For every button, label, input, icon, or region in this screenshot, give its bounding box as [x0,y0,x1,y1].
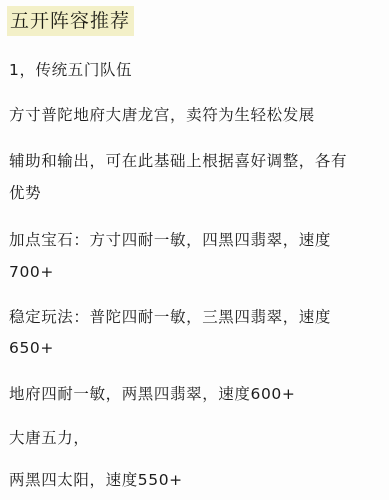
paragraph-fangcun-line-1: 加点宝石：方寸四耐一敏，四黑四翡翠，速度 [9,230,331,250]
paragraph-datang-gems: 两黑四太阳，速度550+ [9,470,183,490]
paragraph-difu: 地府四耐一敏，两黑四翡翠，速度600+ [9,384,295,404]
paragraph-putuo-line-1: 稳定玩法：普陀四耐一敏，三黑四翡翠，速度 [9,307,331,327]
paragraph-schools: 方寸普陀地府大唐龙宫，卖符为生轻松发展 [9,105,315,125]
article-page: 五开阵容推荐 1，传统五门队伍 方寸普陀地府大唐龙宫，卖符为生轻松发展 辅助和输… [0,0,389,500]
paragraph-datang: 大唐五力， [9,428,90,448]
paragraph-support-line-2: 优势 [9,183,41,203]
paragraph-team-type: 1，传统五门队伍 [9,60,132,80]
paragraph-support-line-1: 辅助和输出，可在此基础上根据喜好调整，各有 [9,151,347,171]
paragraph-putuo-line-2: 650+ [9,338,54,358]
section-title: 五开阵容推荐 [7,6,134,36]
paragraph-fangcun-line-2: 700+ [9,262,54,282]
